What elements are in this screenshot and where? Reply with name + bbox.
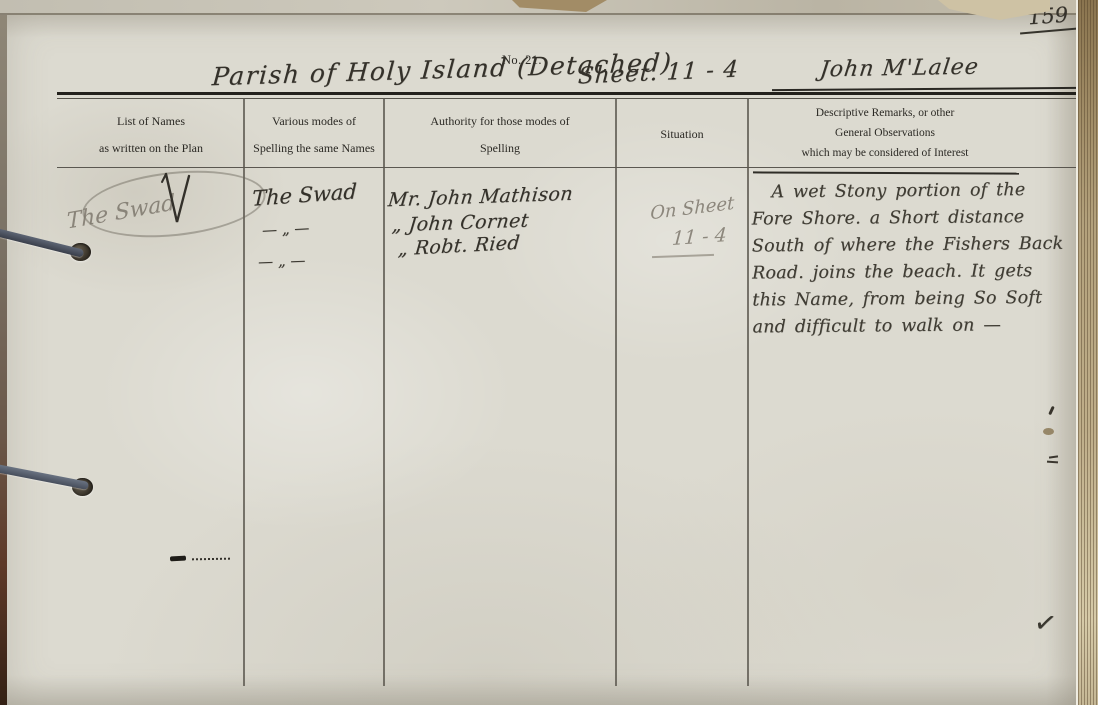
- situation-sheet-number: 11 - 4: [671, 224, 727, 250]
- column-header-line: Spelling: [480, 141, 520, 155]
- column-divider: [615, 98, 617, 686]
- column-header-remarks: Descriptive Remarks, or other General Ob…: [750, 100, 1020, 166]
- column-header-situation: Situation: [618, 103, 746, 165]
- column-header-line: as written on the Plan: [99, 141, 203, 155]
- column-header-line: Authority for those modes of: [430, 114, 569, 128]
- table-top-rule: [57, 92, 1080, 95]
- ink-smudge: [170, 556, 186, 562]
- column-header-line: Spelling the same Names: [253, 141, 375, 155]
- column-header-line: which may be considered of Interest: [801, 146, 968, 160]
- remarks-line: this Name, from being So Soft: [752, 285, 1082, 315]
- surveyor-signature: John M'Lalee: [818, 55, 980, 83]
- remarks-line: Road. joins the beach. It gets: [752, 258, 1082, 288]
- remarks-line: A wet Stony portion of the: [751, 177, 1081, 207]
- ink-v-mark: [160, 170, 194, 228]
- scanned-name-book-page: 159 No. 21. Parish of Holy Island (Detac…: [0, 0, 1098, 705]
- page-stack-edge-right: [1076, 0, 1098, 705]
- column-header-spelling-modes: Various modes of Spelling the same Names: [246, 103, 382, 165]
- ditto-mark: — „ —: [258, 251, 306, 271]
- remarks-line: South of where the Fishers Back: [752, 231, 1082, 261]
- stain-speck: [1043, 428, 1054, 435]
- column-divider: [747, 98, 749, 686]
- table-top-rule-secondary: [57, 98, 1080, 99]
- remarks-line: and difficult to walk on —: [752, 312, 1082, 342]
- column-header-names: List of Names as written on the Plan: [60, 103, 242, 165]
- column-header-line: Descriptive Remarks, or other: [816, 106, 955, 120]
- header-separator-rule: [57, 167, 1080, 168]
- column-header-line: Situation: [660, 127, 703, 141]
- column-header-line: Various modes of: [272, 114, 356, 128]
- column-divider: [383, 98, 385, 686]
- column-header-line: List of Names: [117, 114, 185, 128]
- column-header-line: General Observations: [835, 126, 935, 140]
- remarks-line: Fore Shore. a Short distance: [752, 204, 1082, 234]
- ditto-mark: — „ —: [262, 219, 310, 239]
- remarks-text: A wet Stony portion of the Fore Shore. a…: [751, 177, 1082, 342]
- column-header-authority: Authority for those modes of Spelling: [386, 103, 614, 165]
